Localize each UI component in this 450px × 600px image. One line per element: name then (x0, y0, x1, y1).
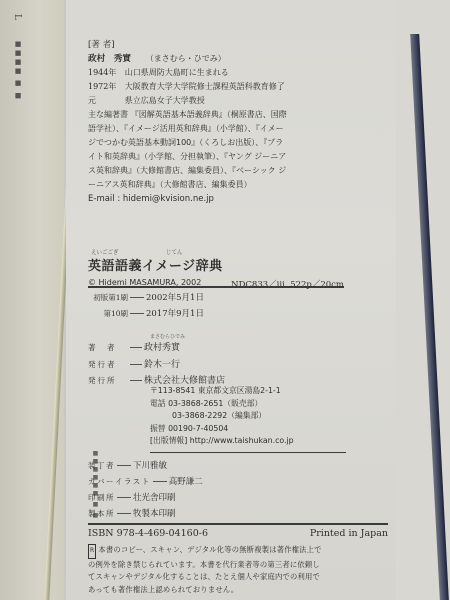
author-ruby: まさむらひでみ (150, 333, 185, 340)
works-line: ーニアス英和辞典』（大修館書店、編集委員） (88, 178, 388, 192)
notice-line: の例外を除き禁じられています。本書を代行業者等の第三者に依頼し (88, 559, 388, 572)
copyright-line: © Hidemi MASAMURA, 2002 NDC833／iii, 522p… (88, 278, 388, 290)
book-title-block: えいごごぎ じてん 英語語義イメージ辞典 © Hidemi MASAMURA, … (88, 248, 388, 290)
phone-label: 電話 (150, 399, 166, 408)
ndc-classification: NDC833／iii, 522p／20cm (231, 278, 344, 290)
works-text: 『図解英語基本語義辞典』（桐原書店、国際 (131, 110, 287, 119)
author-name: 政村 秀實 (88, 54, 131, 64)
divider (150, 452, 346, 453)
staff-value: 下川雅敏 (133, 461, 167, 471)
bio-text: 県立広島女子大学教授 (125, 96, 205, 105)
copyright-r-icon: R (88, 544, 96, 559)
production-staff: 装丁者下川雅敏 カバーイラスト高野謙二 印刷所壮光舎印刷 製本所牧製本印刷 (88, 458, 203, 522)
publication-credits: 著 者政村秀實 発行者鈴木一行 発行所株式会社大修館書店 (88, 340, 225, 390)
printed-in: Printed in Japan (310, 528, 388, 539)
staff-value: 牧製本印刷 (133, 509, 176, 519)
divider (88, 286, 344, 288)
edition-label: 初版第1刷 (88, 290, 128, 305)
copyright-notice: R本書のコピー、スキャン、デジタル化等の無断複製は著作権法上で の例外を除き禁じ… (88, 544, 388, 596)
title-ruby-2: じてん (166, 248, 183, 256)
bio-year: 1944年 (88, 66, 122, 80)
title-ruby-1: えいごごぎ (91, 248, 119, 256)
edition-label: 第10刷 (88, 306, 128, 321)
edition-history: 初版第1刷2002年5月1日 第10刷2017年9月1日 (88, 290, 204, 322)
bio-text: 大阪教育大学大学院修士課程英語科教育修了 (125, 82, 285, 91)
staff-row: 装丁者下川雅敏 (88, 458, 203, 474)
works-line: イト和英辞典』（小学館、分担執筆）、『ヤング ジーニア (88, 150, 388, 164)
credit-row: 発行者鈴木一行 (88, 357, 225, 374)
staff-label: 装丁者 (88, 458, 115, 473)
isbn: ISBN 978-4-469-04160-6 (88, 528, 208, 539)
transfer-label: 振替 (150, 424, 166, 433)
credit-value: 鈴木一行 (144, 360, 180, 370)
staff-row: カバーイラスト高野謙二 (88, 474, 203, 490)
works-line: ス英和辞典』（大修館書店、編集委員）、『ベーシック ジ (88, 164, 388, 178)
phone-edit: 03-3868-2292（編集部） (150, 410, 294, 423)
edition-date: 2017年9月1日 (146, 309, 204, 319)
book-title: 英語語義イメージ辞典 (88, 255, 388, 274)
staff-row: 印刷所壮光舎印刷 (88, 490, 203, 506)
divider (88, 523, 388, 525)
credit-label: 著 者 (88, 340, 130, 356)
page-number: L (12, 14, 22, 20)
notice-line: あっても著作権法上認められておりません。 (88, 584, 388, 597)
works-label: 主な編著書 (88, 110, 128, 119)
bio-line: 1972年 大阪教育大学大学院修士課程英語科教育修了 (88, 80, 388, 94)
author-name-line: 政村 秀實 （まさむら・ひでみ） (88, 52, 388, 66)
works-line: ジでつかむ英語基本動詞100』（くろしお出版）、『プラ (88, 136, 388, 150)
author-reading: （まさむら・ひでみ） (146, 54, 226, 63)
previous-page: L ■■■■ ■ ■ (0, 0, 64, 600)
publisher-address: 〒113-8541 東京都文京区湯島2-1-1 (150, 385, 294, 398)
transfer-number: 00190-7-40504 (168, 424, 228, 433)
staff-row: 製本所牧製本印刷 (88, 506, 203, 522)
bio-text: 山口県周防大島町に生まれる (125, 68, 229, 77)
bio-line: 元 県立広島女子大学教授 (88, 94, 388, 108)
credit-value: 政村秀實 (144, 343, 180, 353)
staff-label: 印刷所 (88, 490, 115, 505)
author-profile: [著 者] 政村 秀實 （まさむら・ひでみ） 1944年 山口県周防大島町に生ま… (88, 38, 388, 206)
staff-label: 製本所 (88, 506, 115, 521)
edition-row: 初版第1刷2002年5月1日 (88, 290, 204, 306)
previous-page-text: ■■■■ ■ ■ (14, 40, 22, 100)
staff-label: カバーイラスト (88, 474, 151, 489)
edition-row: 第10刷2017年9月1日 (88, 306, 204, 322)
publisher-details: 〒113-8541 東京都文京区湯島2-1-1 電話 03-3868-2651（… (150, 385, 294, 448)
notice-line: R本書のコピー、スキャン、デジタル化等の無断複製は著作権法上で (88, 544, 388, 559)
bio-year: 元 (88, 94, 122, 108)
publisher-url: http://www.taishukan.co.jp (190, 436, 294, 445)
copyright: © Hidemi MASAMURA, 2002 (88, 278, 201, 290)
phone-sales: 03-3868-2651（販売部） (168, 399, 262, 408)
bio-line: 1944年 山口県周防大島町に生まれる (88, 66, 388, 80)
credit-label: 発行所 (88, 373, 130, 389)
notice-line: てスキャンやデジタル化することは、たとえ個人や家庭内での利用で (88, 571, 388, 584)
credit-row: 著 者政村秀實 (88, 340, 225, 357)
info-label: [出版情報] (150, 436, 187, 445)
works-line: 語学社）、『イメージ活用英和辞典』（小学館）、『イメー (88, 122, 388, 136)
works-line: 主な編著書 『図解英語基本語義辞典』（桐原書店、国際 (88, 108, 388, 122)
credit-label: 発行者 (88, 357, 130, 373)
title-ruby: えいごごぎ じてん (88, 248, 388, 255)
info-row: [出版情報] http://www.taishukan.co.jp (150, 435, 294, 448)
author-email: E-mail : hidemi@kvision.ne.jp (88, 192, 388, 206)
staff-value: 高野謙二 (169, 477, 203, 487)
author-heading: [著 者] (88, 38, 388, 52)
transfer-row: 振替 00190-7-40504 (150, 423, 294, 436)
isbn-row: ISBN 978-4-469-04160-6 Printed in Japan (88, 528, 388, 539)
staff-value: 壮光舎印刷 (133, 493, 176, 503)
phone-row: 電話 03-3868-2651（販売部） (150, 398, 294, 411)
edition-date: 2002年5月1日 (146, 293, 204, 303)
bio-year: 1972年 (88, 80, 122, 94)
